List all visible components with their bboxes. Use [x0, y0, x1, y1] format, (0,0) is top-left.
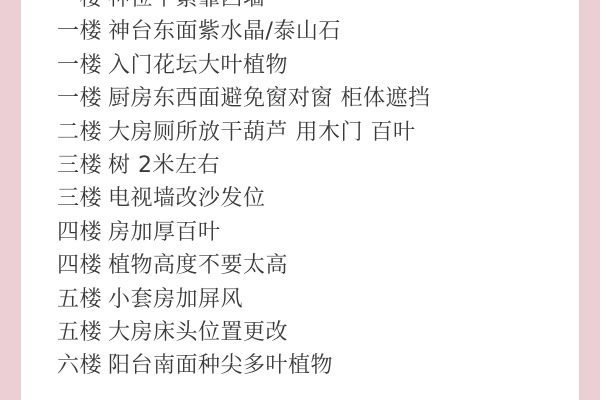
floor-notes-list: 一楼神位不紧靠西墙 一楼神台东面紫水晶/泰山石 一楼入门花坛大叶植物 一楼厨房东… — [57, 0, 431, 383]
note-text: 电视墙改沙发位 — [108, 186, 266, 211]
note-page: 一楼神位不紧靠西墙 一楼神台东面紫水晶/泰山石 一楼入门花坛大叶植物 一楼厨房东… — [21, 0, 579, 400]
list-item: 一楼神台东面紫水晶/泰山石 — [57, 15, 431, 48]
note-text: 入门花坛大叶植物 — [108, 53, 288, 78]
note-text: 神台东面紫水晶/泰山石 — [108, 19, 341, 44]
list-item: 三楼树 2米左右 — [57, 149, 431, 182]
list-item: 四楼房加厚百叶 — [57, 216, 431, 249]
list-item: 三楼电视墙改沙发位 — [57, 182, 431, 215]
list-item: 五楼大房床头位置更改 — [57, 316, 431, 349]
floor-label: 三楼 — [57, 186, 102, 211]
note-text: 房加厚百叶 — [108, 220, 221, 245]
floor-label: 四楼 — [57, 253, 102, 278]
note-text: 大房床头位置更改 — [108, 320, 288, 345]
floor-label: 五楼 — [57, 287, 102, 312]
list-item: 六楼阳台南面种尖多叶植物 — [57, 349, 431, 382]
floor-label: 一楼 — [57, 0, 102, 11]
floor-label: 一楼 — [57, 19, 102, 44]
note-text: 大房厕所放干葫芦 用木门 百叶 — [108, 120, 416, 145]
note-text: 小套房加屏风 — [108, 287, 243, 312]
note-text: 阳台南面种尖多叶植物 — [108, 353, 333, 378]
note-text: 树 2米左右 — [108, 153, 220, 178]
note-text: 植物高度不要太高 — [108, 253, 288, 278]
list-item: 四楼植物高度不要太高 — [57, 249, 431, 282]
note-text: 厨房东西面避免窗对窗 柜体遮挡 — [108, 86, 431, 111]
floor-label: 一楼 — [57, 86, 102, 111]
floor-label: 一楼 — [57, 53, 102, 78]
floor-label: 六楼 — [57, 353, 102, 378]
list-item: 一楼入门花坛大叶植物 — [57, 49, 431, 82]
floor-label: 三楼 — [57, 153, 102, 178]
list-item: 五楼小套房加屏风 — [57, 283, 431, 316]
note-text: 神位不紧靠西墙 — [108, 0, 266, 11]
floor-label: 四楼 — [57, 220, 102, 245]
floor-label: 五楼 — [57, 320, 102, 345]
list-item: 一楼神位不紧靠西墙 — [57, 0, 431, 15]
list-item: 二楼大房厕所放干葫芦 用木门 百叶 — [57, 116, 431, 149]
floor-label: 二楼 — [57, 120, 102, 145]
list-item: 一楼厨房东西面避免窗对窗 柜体遮挡 — [57, 82, 431, 115]
